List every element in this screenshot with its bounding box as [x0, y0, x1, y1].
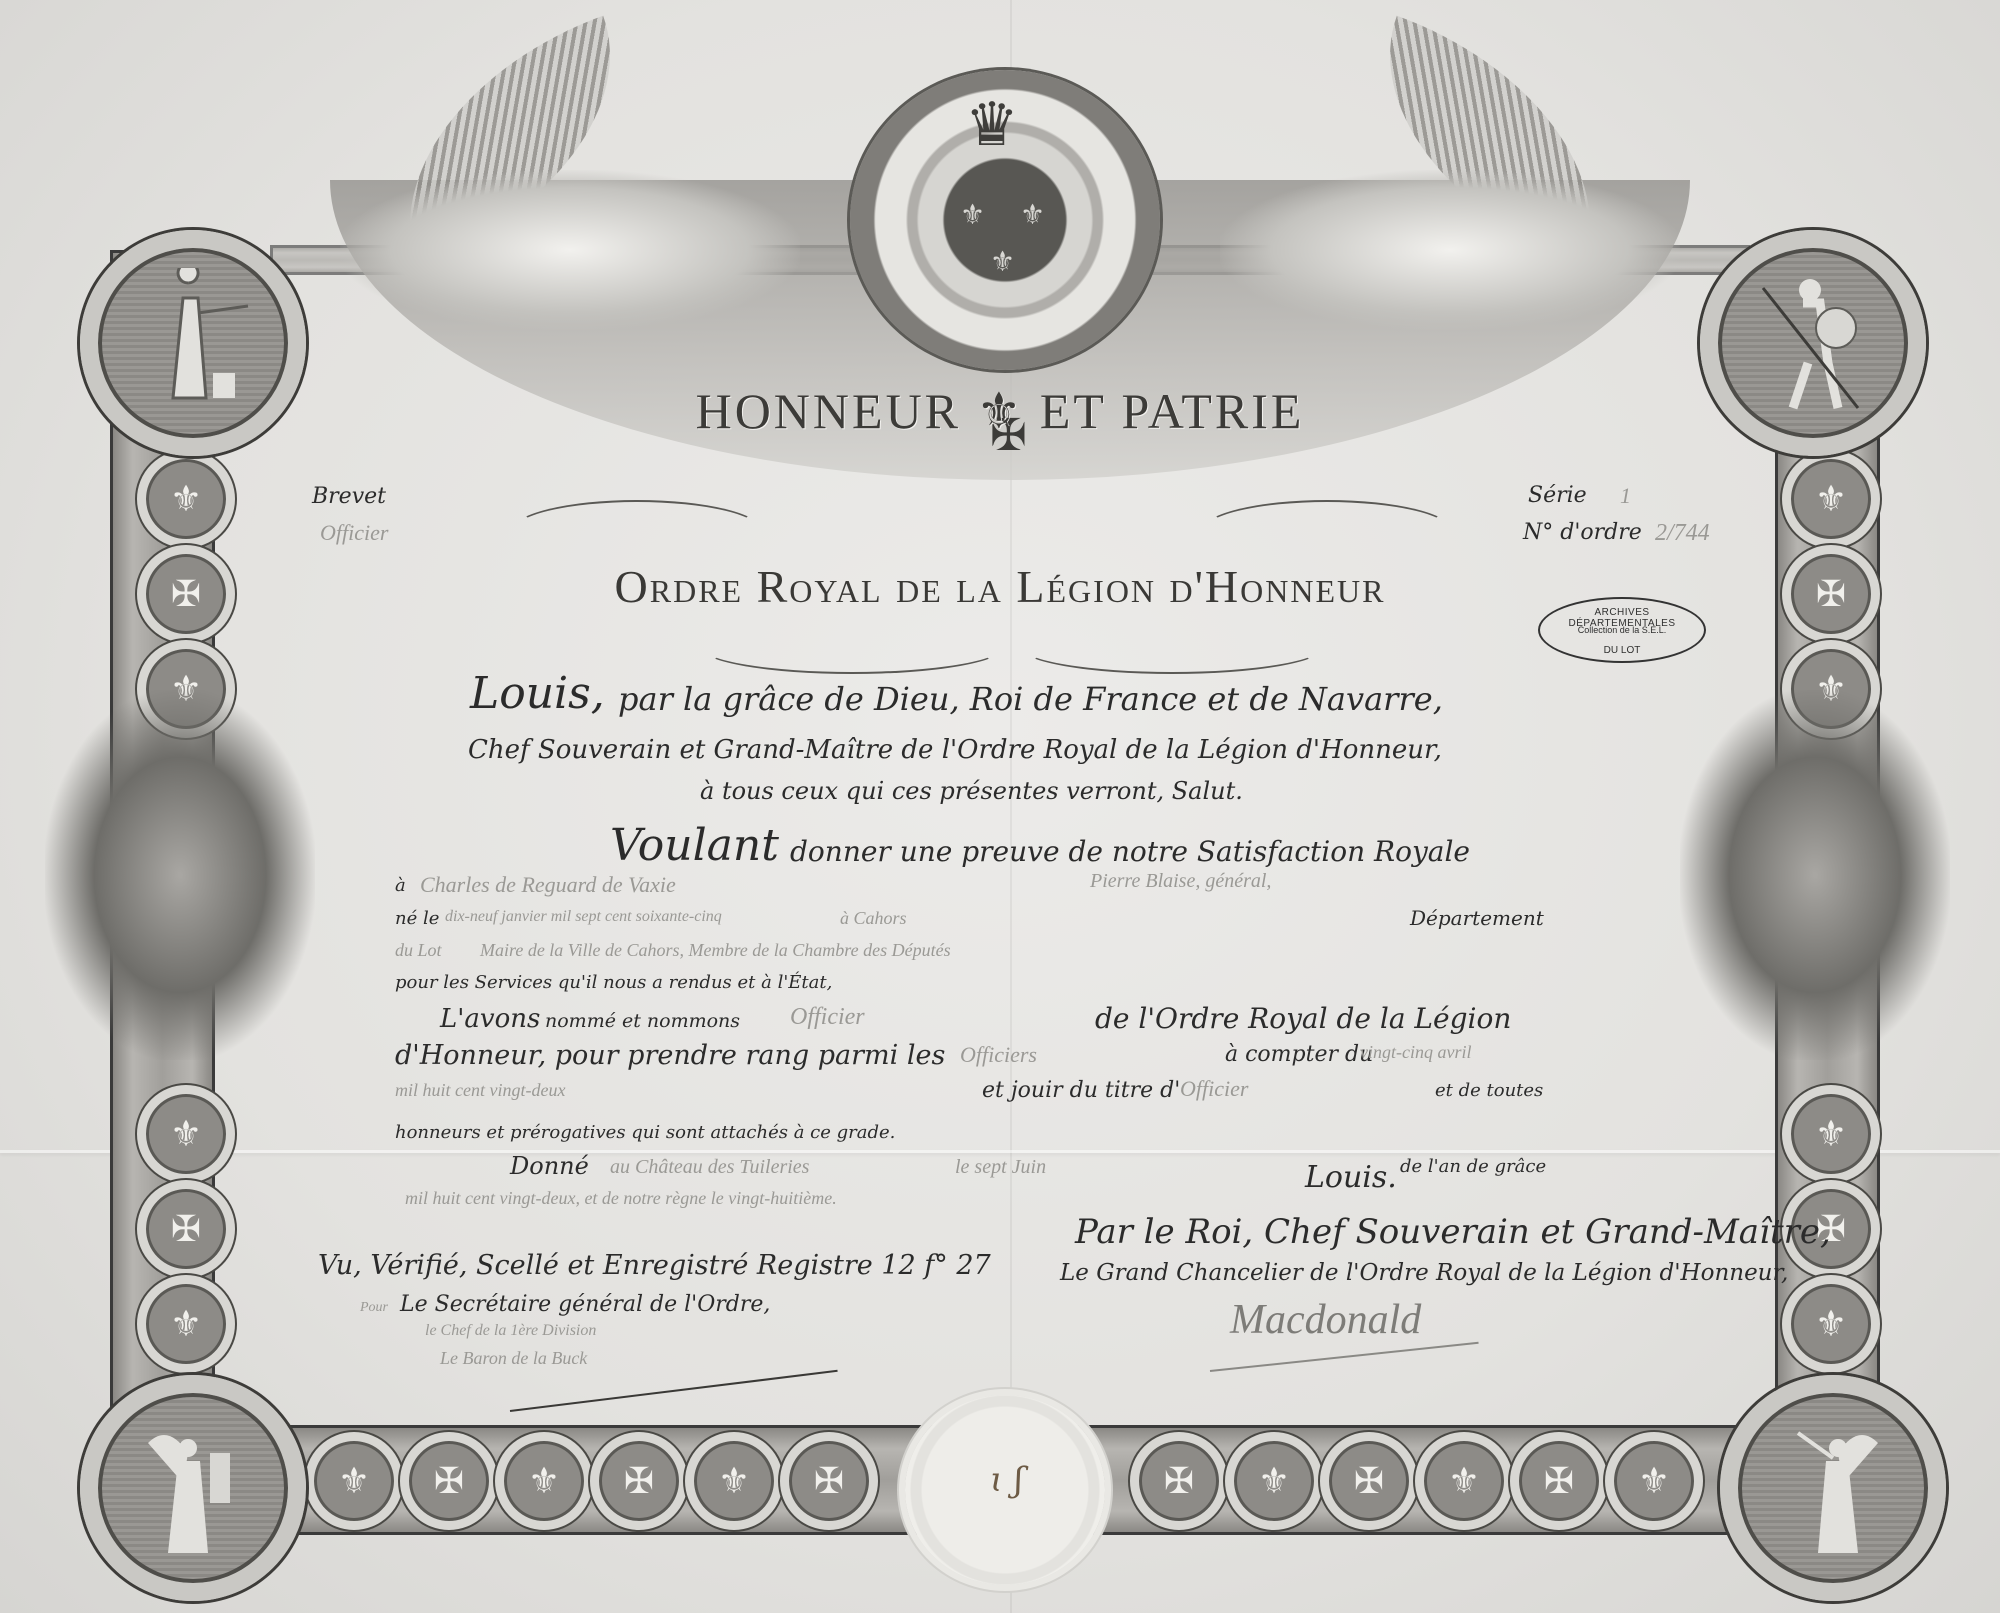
motto: HONNEUR ⚜ ET PATRIE — [0, 382, 2000, 440]
stamp-line-2: Collection de la S.E.L. — [1540, 625, 1704, 635]
legion-cross-icon: ✠ — [137, 1180, 235, 1278]
king-signature: Louis. — [1305, 1160, 1397, 1195]
fleur-de-lis-icon: ⚜ — [990, 245, 1015, 278]
ordre-value: 2/744 — [1655, 520, 1710, 547]
wax-stain: ɩ ʃ — [990, 1460, 1023, 1500]
legion-cross-icon: ✠ — [1510, 1432, 1608, 1530]
flourish — [1020, 620, 1324, 674]
title-enjoy: et jouir du titre d' — [982, 1078, 1180, 1103]
flourish — [510, 500, 764, 564]
recipient-prefix: à — [395, 875, 406, 896]
given-place: au Château des Tuileries — [610, 1156, 809, 1179]
nomination-lead: L'avons — [440, 1004, 540, 1034]
fleur-de-lis-icon: ⚜ — [1415, 1432, 1513, 1530]
by-king-line: Par le Roi, Chef Souverain et Grand-Maît… — [1075, 1212, 1831, 1252]
fleur-de-lis-icon: ⚜ — [685, 1432, 783, 1530]
secretary-note: le Chef de la 1ère Division — [425, 1322, 596, 1340]
fleur-de-lis-icon: ⚜ — [137, 450, 235, 548]
right-angel-figure — [1220, 170, 1680, 330]
corner-medallion-angel-writing-icon — [80, 1375, 306, 1601]
military-trophy-right — [1680, 690, 1950, 1060]
secretary-title: Le Secrétaire général de l'Ordre, — [400, 1292, 770, 1317]
paper-fold-horizontal — [0, 1150, 2000, 1153]
serie-label: Série — [1528, 483, 1587, 508]
legion-cross-icon: ✠ — [780, 1432, 878, 1530]
honours-line: honneurs et prérogatives qui sont attach… — [395, 1122, 895, 1143]
services-line: pour les Services qu'il nous a rendus et… — [395, 972, 832, 993]
rank-from: à compter du — [1225, 1042, 1373, 1067]
secretary-flourish — [510, 1370, 838, 1412]
fleur-de-lis-icon: ⚜ — [1782, 1275, 1880, 1373]
brevet-label: Brevet — [312, 484, 386, 509]
given-year: mil huit cent vingt-deux, et de notre rè… — [405, 1188, 837, 1209]
departement-value: du Lot — [395, 940, 442, 961]
secretary-prefix: Pour — [360, 1300, 388, 1316]
rank-date: vingt-cinq avril — [1360, 1042, 1471, 1063]
recipient-extra: Pierre Blaise, général, — [1090, 870, 1271, 893]
voulant-lead: Voulant — [610, 820, 779, 871]
rank-year: mil huit cent vingt-deux — [395, 1080, 565, 1101]
born-date: dix-neuf janvier mil sept cent soixante-… — [445, 908, 722, 926]
chancellor-title: Le Grand Chancelier de l'Ordre Royal de … — [1060, 1260, 1788, 1286]
brevet-grade: Officier — [320, 520, 388, 546]
recipient-role: Maire de la Ville de Cahors, Membre de l… — [480, 940, 951, 961]
preamble-line-1: par la grâce de Dieu, Roi de France et d… — [618, 680, 1443, 718]
nomination-line: nommé et nommons — [545, 1010, 740, 1032]
legion-cross-icon: ✠ — [1130, 1432, 1228, 1530]
rank-line: d'Honneur, pour prendre rang parmi les — [395, 1040, 945, 1071]
ordre-label: N° d'ordre — [1523, 520, 1642, 545]
stamp-line-3: DU LOT — [1540, 645, 1704, 656]
corner-medallion-angel-trumpet-icon — [1720, 1375, 1946, 1601]
left-angel-figure — [340, 170, 800, 330]
fleur-de-lis-icon: ⚜ — [1020, 198, 1045, 231]
born-place: à Cahors — [840, 908, 907, 929]
title-enjoy-value: Officier — [1180, 1076, 1248, 1102]
arts-trophy-left — [45, 690, 315, 1060]
legion-cross-icon: ✠ — [1320, 1432, 1418, 1530]
verification-line: Vu, Vérifié, Scellé et Enregistré Regist… — [318, 1250, 991, 1281]
title-tail: et de toutes — [1435, 1080, 1543, 1101]
rank-group: Officiers — [960, 1042, 1037, 1068]
born-prefix: né le — [395, 908, 439, 929]
fleur-de-lis-icon: ⚜ — [1225, 1432, 1323, 1530]
document-title: Ordre Royal de la Légion d'Honneur — [0, 560, 2000, 613]
given-date: le sept Juin — [955, 1156, 1046, 1179]
chancellor-flourish — [1210, 1342, 1479, 1372]
flourish — [1200, 500, 1454, 564]
recipient-name: Charles de Reguard de Vaxie — [420, 872, 676, 898]
departement-label: Département — [1410, 906, 1544, 930]
legion-cross-icon: ✠ — [400, 1432, 498, 1530]
fleur-de-lis-icon: ⚜ — [137, 1085, 235, 1183]
preamble-line-2: Chef Souverain et Grand-Maître de l'Ordr… — [468, 735, 1442, 765]
fleur-de-lis-icon: ⚜ — [305, 1432, 403, 1530]
preamble-louis: Louis, — [470, 668, 605, 719]
crown-icon: ♛ — [965, 90, 1019, 160]
preamble-line-3: à tous ceux qui ces présentes verront, S… — [700, 777, 1243, 805]
legion-cross-icon: ✠ — [590, 1432, 688, 1530]
fleur-de-lis-icon: ⚜ — [1605, 1432, 1703, 1530]
fleur-de-lis-icon: ⚜ — [1782, 1085, 1880, 1183]
nomination-tail: de l'Ordre Royal de la Légion — [1095, 1002, 1511, 1035]
chancellor-signature: Macdonald — [1230, 1296, 1421, 1344]
given-lead: Donné — [510, 1152, 589, 1180]
archive-stamp: ARCHIVES DÉPARTEMENTALES Collection de l… — [1538, 597, 1706, 663]
voulant-line: donner une preuve de notre Satisfaction … — [790, 835, 1470, 868]
flourish — [700, 620, 1004, 674]
fleur-de-lis-icon: ⚜ — [1782, 450, 1880, 548]
nomination-grade: Officier — [790, 1004, 865, 1031]
fleur-de-lis-icon: ⚜ — [495, 1432, 593, 1530]
secretary-signature: Le Baron de la Buck — [440, 1348, 587, 1369]
fleur-de-lis-icon: ⚜ — [960, 198, 985, 231]
given-tail: de l'an de grâce — [1400, 1156, 1546, 1177]
serie-value: 1 — [1620, 483, 1631, 509]
fleur-de-lis-icon: ⚜ — [137, 1275, 235, 1373]
